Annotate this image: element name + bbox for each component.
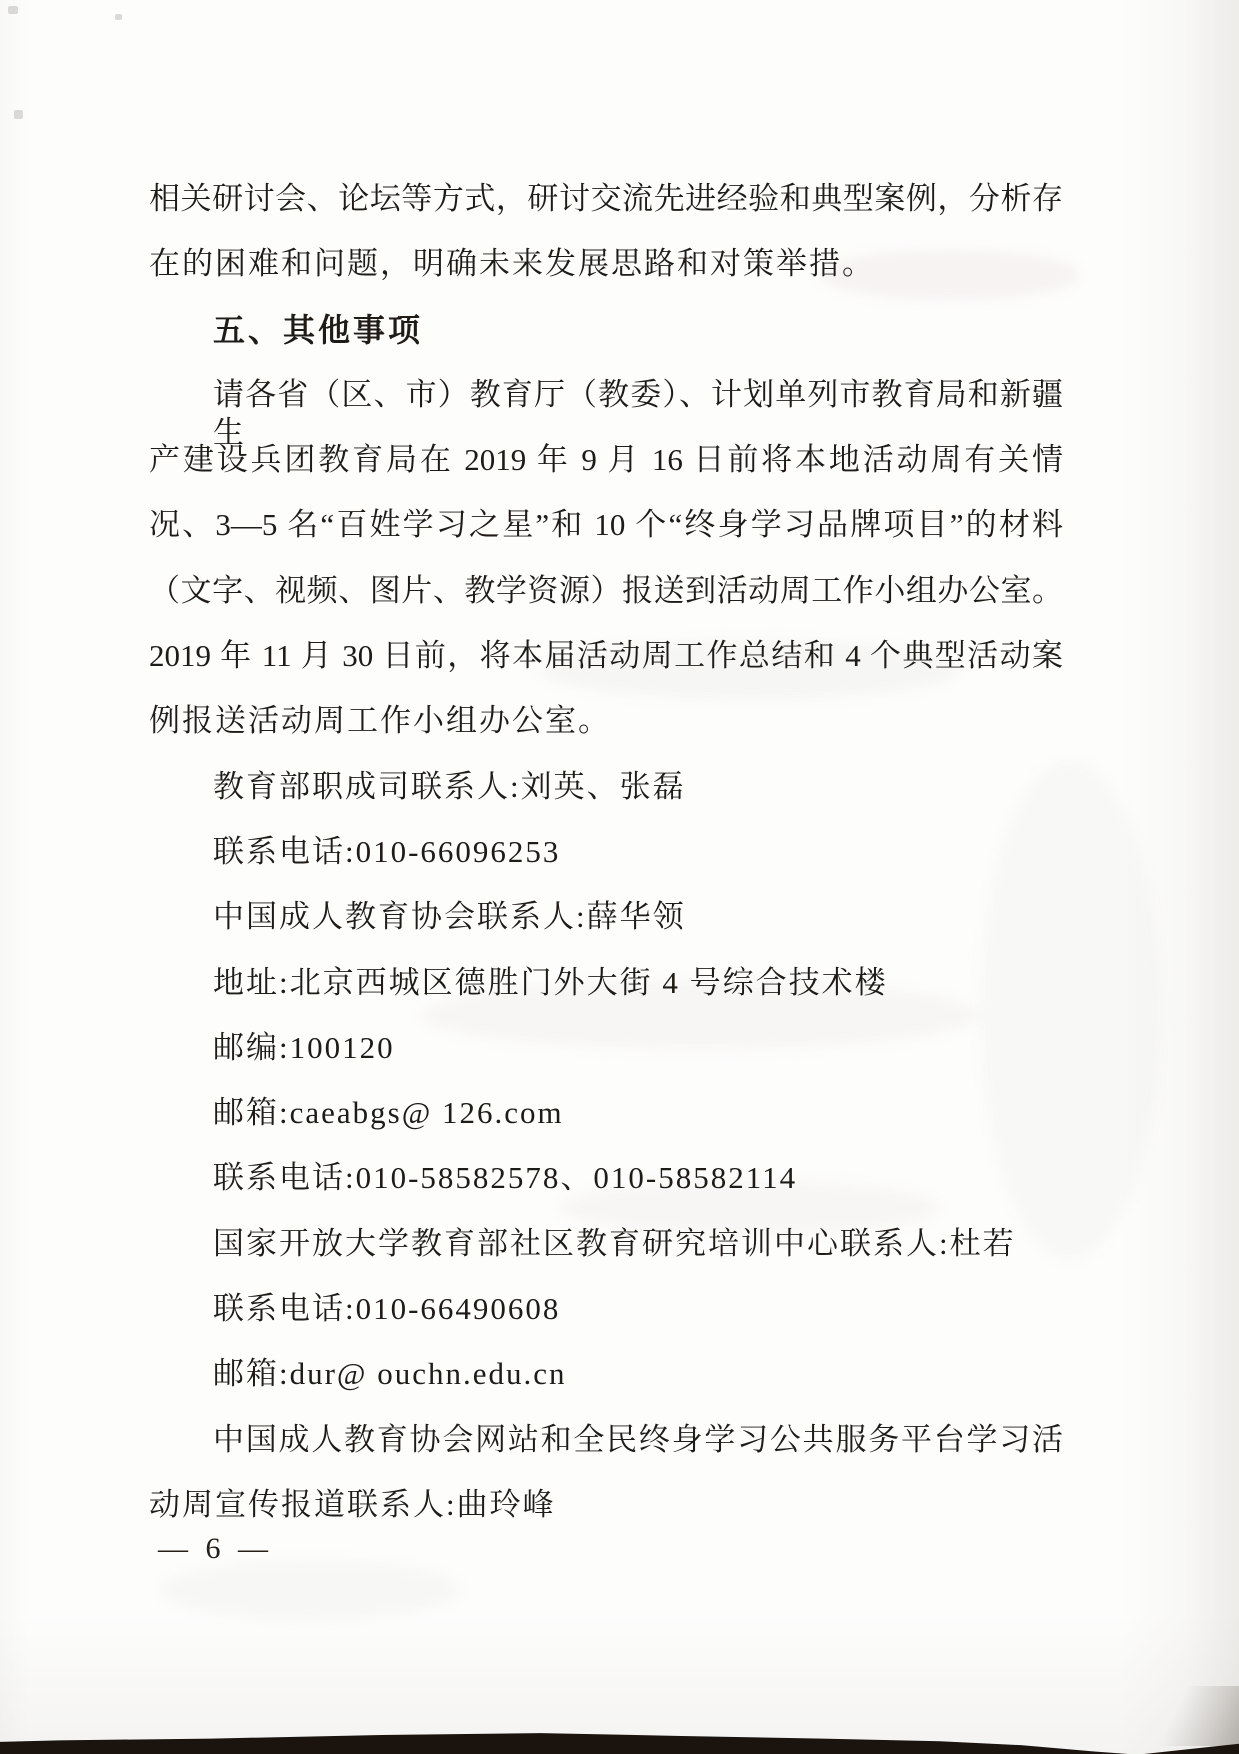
- scan-smudge: [160, 1560, 460, 1620]
- text-line: 相关研讨会、论坛等方式，研讨交流先进经验和典型案例，分析存: [149, 180, 1063, 245]
- text-line: 五、其他事项: [149, 311, 1063, 376]
- text-line: 中国成人教育协会网站和全民终身学习公共服务平台学习活: [149, 1421, 1063, 1486]
- scan-speck: [14, 110, 23, 119]
- page-curl-shadow: [1089, 1686, 1239, 1746]
- text-line: 联系电话:010-66096253: [149, 833, 1063, 898]
- text-line: 教育部职成司联系人:刘英、张磊: [149, 768, 1063, 833]
- page-number: — 6 —: [158, 1532, 273, 1566]
- text-line: 况、3—5 名“百姓学习之星”和 10 个“终身学习品牌项目”的材料: [149, 506, 1063, 571]
- text-line: 中国成人教育协会联系人:薛华领: [149, 898, 1063, 963]
- text-line: 邮箱:caeabgs@ 126.com: [149, 1094, 1063, 1159]
- text-line: 联系电话:010-66490608: [149, 1290, 1063, 1355]
- text-line: 邮箱:dur@ ouchn.edu.cn: [149, 1355, 1063, 1420]
- scanned-document-page: 相关研讨会、论坛等方式，研讨交流先进经验和典型案例，分析存在的困难和问题，明确未…: [0, 0, 1239, 1754]
- text-line: （文字、视频、图片、教学资源）报送到活动周工作小组办公室。: [149, 572, 1063, 637]
- scan-speck: [115, 14, 122, 20]
- text-line: 邮编:100120: [149, 1029, 1063, 1094]
- text-line: 地址:北京西城区德胜门外大街 4 号综合技术楼: [149, 964, 1063, 1029]
- text-line: 2019 年 11 月 30 日前，将本届活动周工作总结和 4 个典型活动案: [149, 637, 1063, 702]
- text-line: 产建设兵团教育局在 2019 年 9 月 16 日前将本地活动周有关情: [149, 441, 1063, 506]
- text-line: 动周宣传报道联系人:曲玲峰: [149, 1486, 1063, 1551]
- text-line: 在的困难和问题，明确未来发展思路和对策举措。: [149, 245, 1063, 310]
- text-line: 例报送活动周工作小组办公室。: [149, 702, 1063, 767]
- document-body: 相关研讨会、论坛等方式，研讨交流先进经验和典型案例，分析存在的困难和问题，明确未…: [149, 180, 1063, 1551]
- scan-edge-strip: [0, 1732, 1175, 1754]
- text-line: 联系电话:010-58582578、010-58582114: [149, 1159, 1063, 1224]
- text-line: 请各省（区、市）教育厅（教委）、计划单列市教育局和新疆生: [149, 376, 1063, 441]
- text-line: 国家开放大学教育部社区教育研究培训中心联系人:杜若: [149, 1225, 1063, 1290]
- scan-edge-corner: [1144, 1742, 1239, 1754]
- scan-speck: [8, 6, 18, 14]
